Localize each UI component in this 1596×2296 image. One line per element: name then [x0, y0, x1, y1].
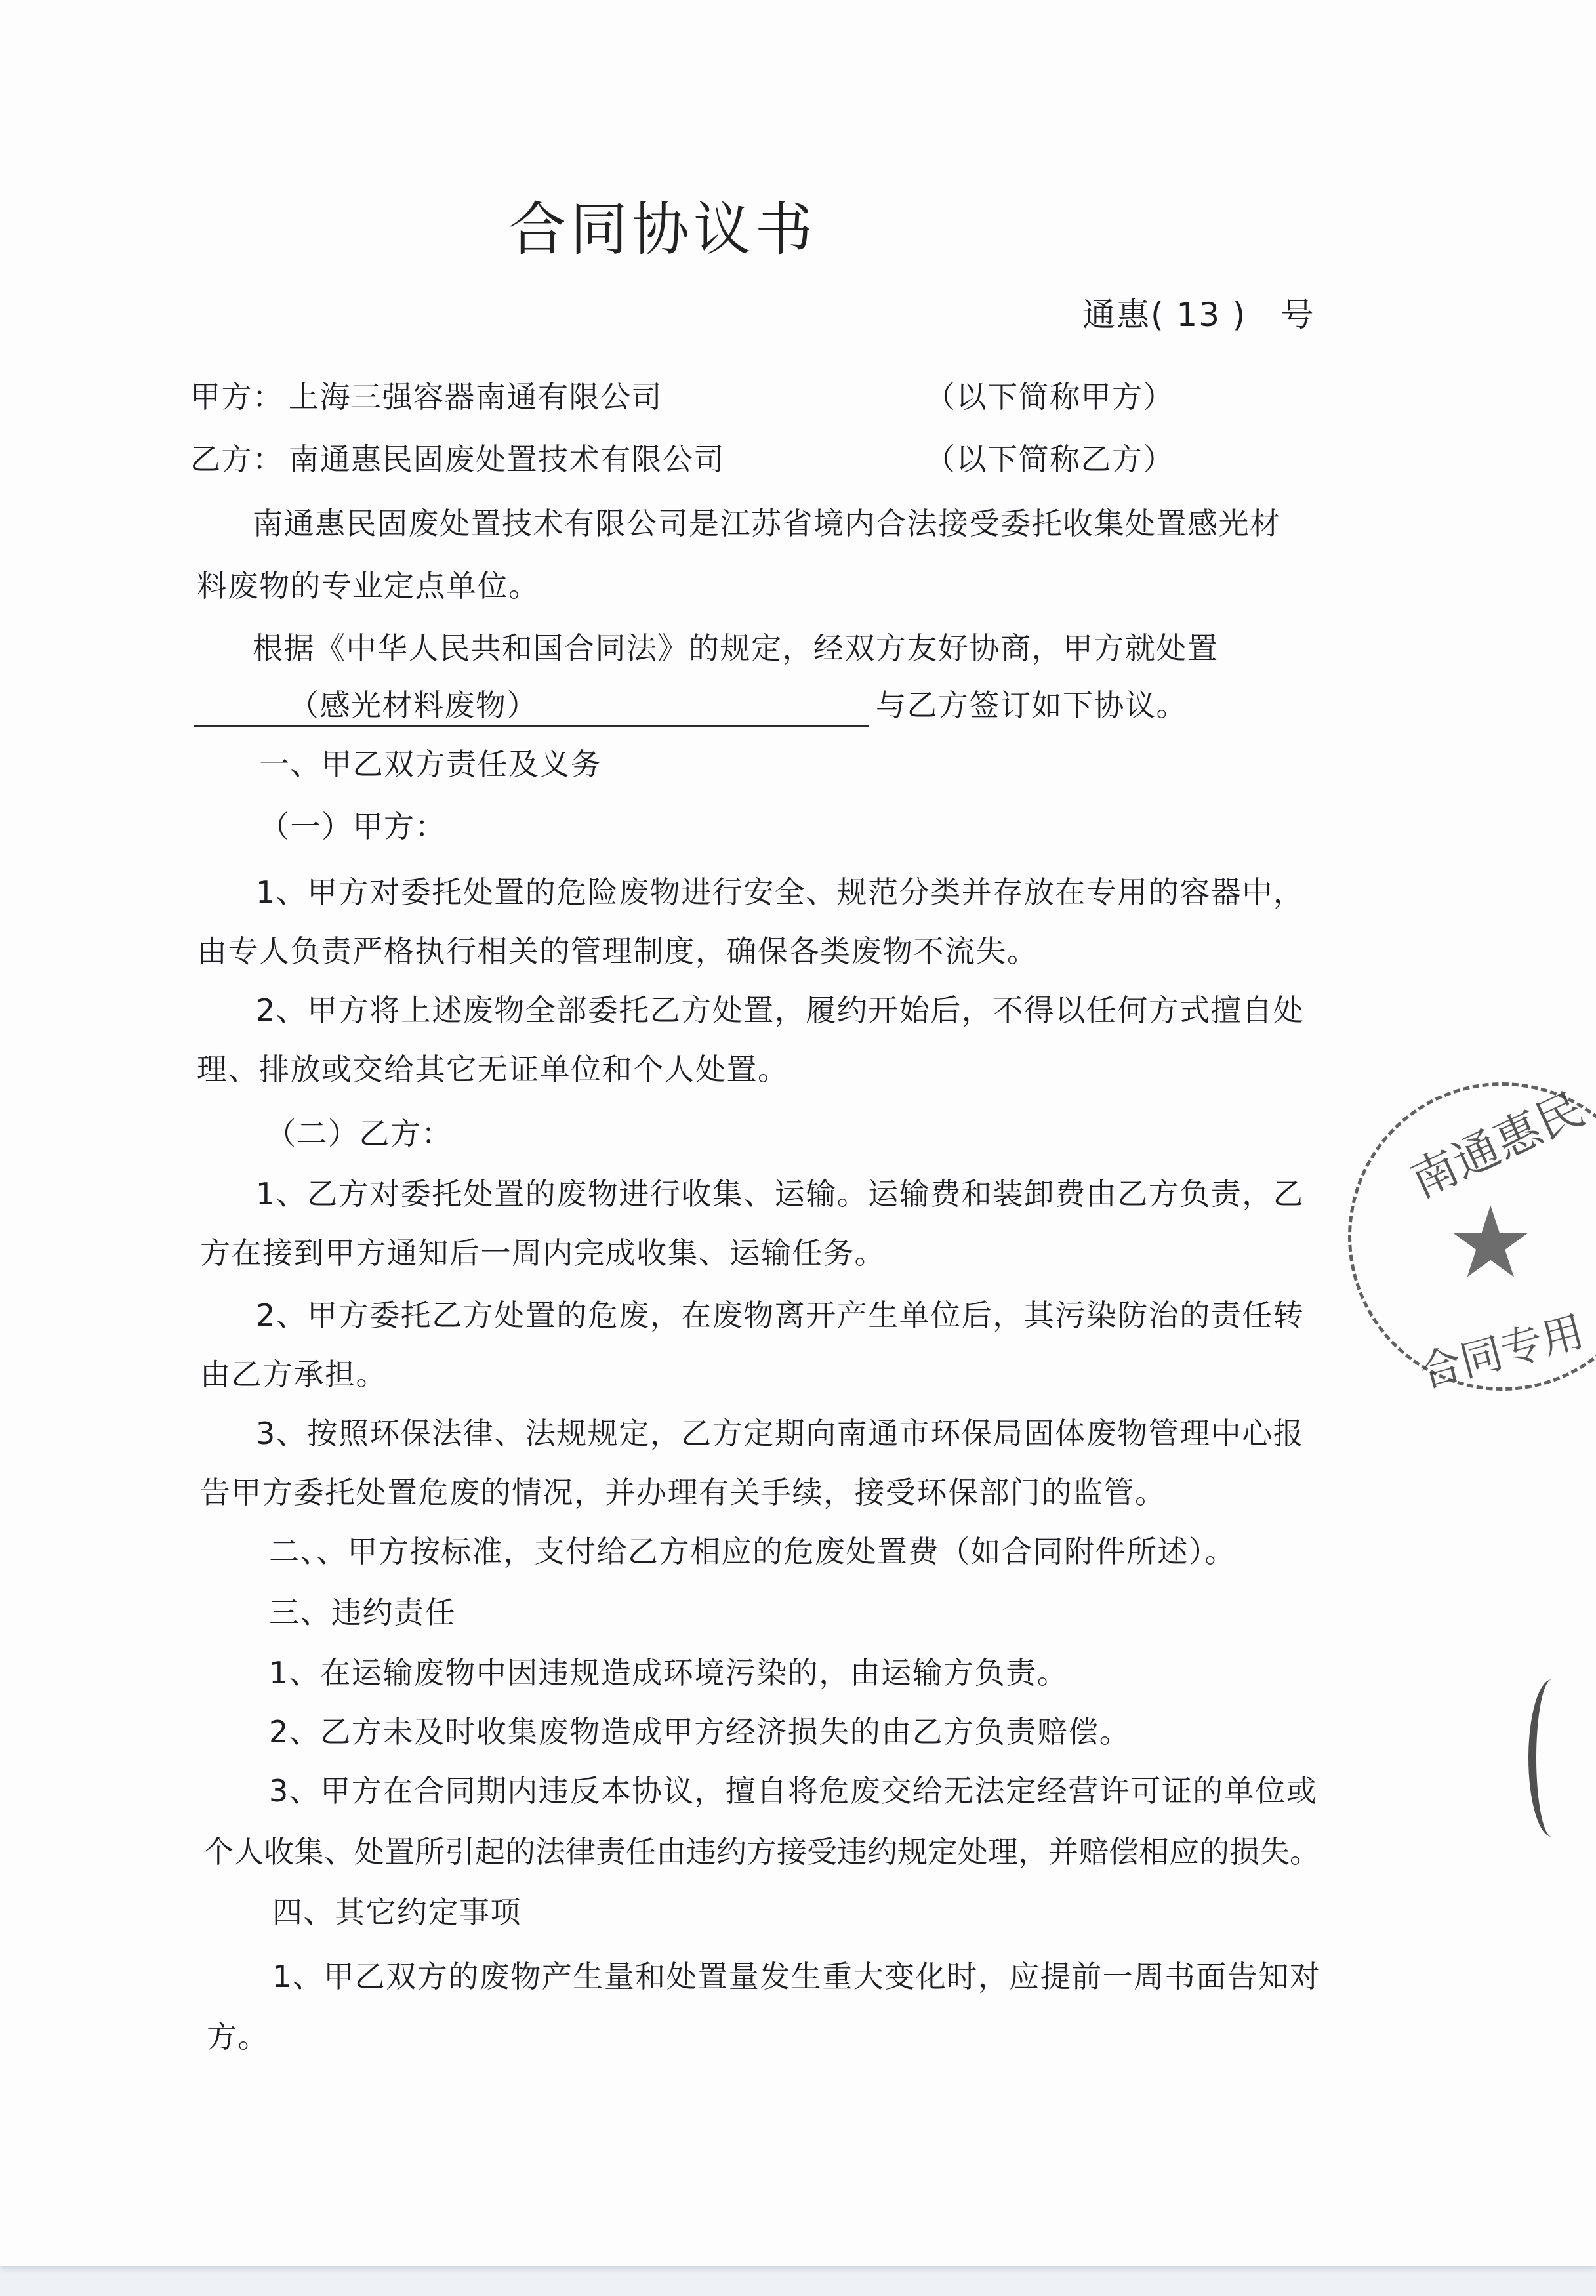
party-a-name: 上海三强容器南通有限公司: [289, 377, 663, 417]
other-item-1-line-2: 方。: [207, 2017, 269, 2057]
seal-star-icon: ★: [1446, 1194, 1534, 1292]
party-b-duty-1-line-1: 1、乙方对委托处置的废物进行收集、运输。运输费和装卸费由乙方负责，乙: [256, 1174, 1304, 1214]
breach-item-2: 2、乙方未及时收集废物造成甲方经济损失的由乙方负责赔偿。: [269, 1712, 1130, 1752]
party-b-duty-1-line-2: 方在接到甲方通知后一周内完成收集、运输任务。: [200, 1233, 886, 1273]
section-4-heading: 四、其它约定事项: [272, 1893, 522, 1932]
party-a-alias: （以下简称甲方）: [925, 377, 1174, 417]
party-b-duty-3-line-1: 3、按照环保法律、法规规定，乙方定期向南通市环保局固体废物管理中心报: [256, 1414, 1304, 1453]
section-3-heading: 三、违约责任: [269, 1593, 456, 1632]
intro-line-3: 根据《中华人民共和国合同法》的规定，经双方友好协商，甲方就处置: [253, 628, 1219, 668]
breach-item-1: 1、在运输废物中因违规造成环境污染的，由运输方负责。: [269, 1653, 1068, 1692]
breach-item-3-line-2: 个人收集、处置所引起的法律责任由违约方接受违约规定处理，并赔偿相应的损失。: [203, 1832, 1320, 1872]
contract-number: 通惠( 13 ) 号: [1082, 295, 1315, 335]
other-item-1-line-1: 1、甲乙双方的废物产生量和处置量发生重大变化时，应提前一周书面告知对: [272, 1957, 1320, 1996]
intro-line-4: 与乙方签订如下协议。: [876, 686, 1187, 725]
party-b-duty-2-line-2: 由乙方承担。: [200, 1355, 387, 1394]
party-a-duties-heading: （一）甲方：: [259, 807, 446, 846]
waste-type-value: （感光材料废物）: [289, 686, 538, 725]
party-b-name: 南通惠民固废处置技术有限公司: [289, 440, 725, 479]
breach-item-3-line-1: 3、甲方在合同期内违反本协议，擅自将危废交给无法定经营许可证的单位或: [269, 1771, 1317, 1811]
party-a-duty-2-line-2: 理、排放或交给其它无证单位和个人处置。: [197, 1050, 789, 1089]
party-b-alias: （以下简称乙方）: [925, 440, 1174, 479]
section-1-heading: 一、甲乙双方责任及义务: [259, 745, 602, 784]
section-2-text: 二、、甲方按标准，支付给乙方相应的危废处置费（如合同附件所述）。: [269, 1532, 1236, 1571]
party-a-label: 甲方：: [190, 377, 284, 417]
party-a-duty-1-line-2: 由专人负责严格执行相关的管理制度，确保各类废物不流失。: [197, 932, 1038, 971]
partial-seal-mark: [1528, 1679, 1576, 1837]
document-title: 合同协议书: [508, 194, 817, 266]
party-b-duty-2-line-1: 2、甲方委托乙方处置的危废，在废物离开产生单位后，其污染防治的责任转: [256, 1296, 1304, 1335]
intro-line-2: 料废物的专业定点单位。: [197, 566, 540, 605]
party-a-duty-1-line-1: 1、甲方对委托处置的危险废物进行安全、规范分类并存放在专用的容器中，: [256, 872, 1304, 912]
intro-line-1: 南通惠民固废处置技术有限公司是江苏省境内合法接受委托收集处置感光材: [253, 504, 1281, 543]
party-b-duties-heading: （二）乙方：: [266, 1114, 453, 1153]
document-page: 合同协议书 通惠( 13 ) 号 甲方： 上海三强容器南通有限公司 （以下简称甲…: [0, 0, 1596, 2266]
party-b-label: 乙方：: [190, 440, 284, 479]
party-b-duty-3-line-2: 告甲方委托处置危废的情况，并办理有关手续，接受环保部门的监管。: [200, 1473, 1166, 1512]
party-a-duty-2-line-1: 2、甲方将上述废物全部委托乙方处置，履约开始后，不得以任何方式擅自处: [256, 991, 1304, 1030]
